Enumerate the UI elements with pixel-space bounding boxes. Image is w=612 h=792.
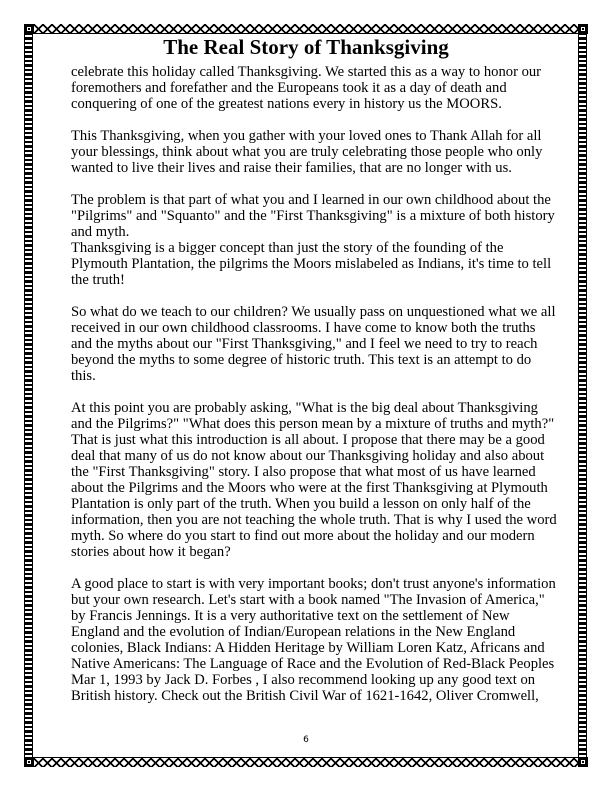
page-number: 6 — [0, 735, 612, 745]
paragraph: The problem is that part of what you and… — [71, 192, 571, 240]
paragraph: Thanksgiving is a bigger concept than ju… — [71, 240, 571, 288]
border-corner-icon — [578, 24, 588, 34]
paragraph: A good place to start is with very impor… — [71, 576, 571, 704]
border-corner-icon — [24, 757, 34, 767]
paragraph: celebrate this holiday called Thanksgivi… — [71, 64, 571, 112]
decorative-border-bottom — [34, 757, 578, 767]
paragraph: This Thanksgiving, when you gather with … — [71, 128, 571, 176]
paragraph: So what do we teach to our children? We … — [71, 304, 571, 384]
border-corner-icon — [578, 757, 588, 767]
page-title: The Real Story of Thanksgiving — [34, 33, 578, 61]
decorative-border-left — [24, 34, 33, 757]
decorative-border-right — [578, 34, 587, 757]
paragraph: At this point you are probably asking, "… — [71, 400, 571, 560]
document-body: celebrate this holiday called Thanksgivi… — [71, 64, 571, 720]
border-corner-icon — [24, 24, 34, 34]
document-page: The Real Story of Thanksgiving celebrate… — [0, 0, 612, 792]
